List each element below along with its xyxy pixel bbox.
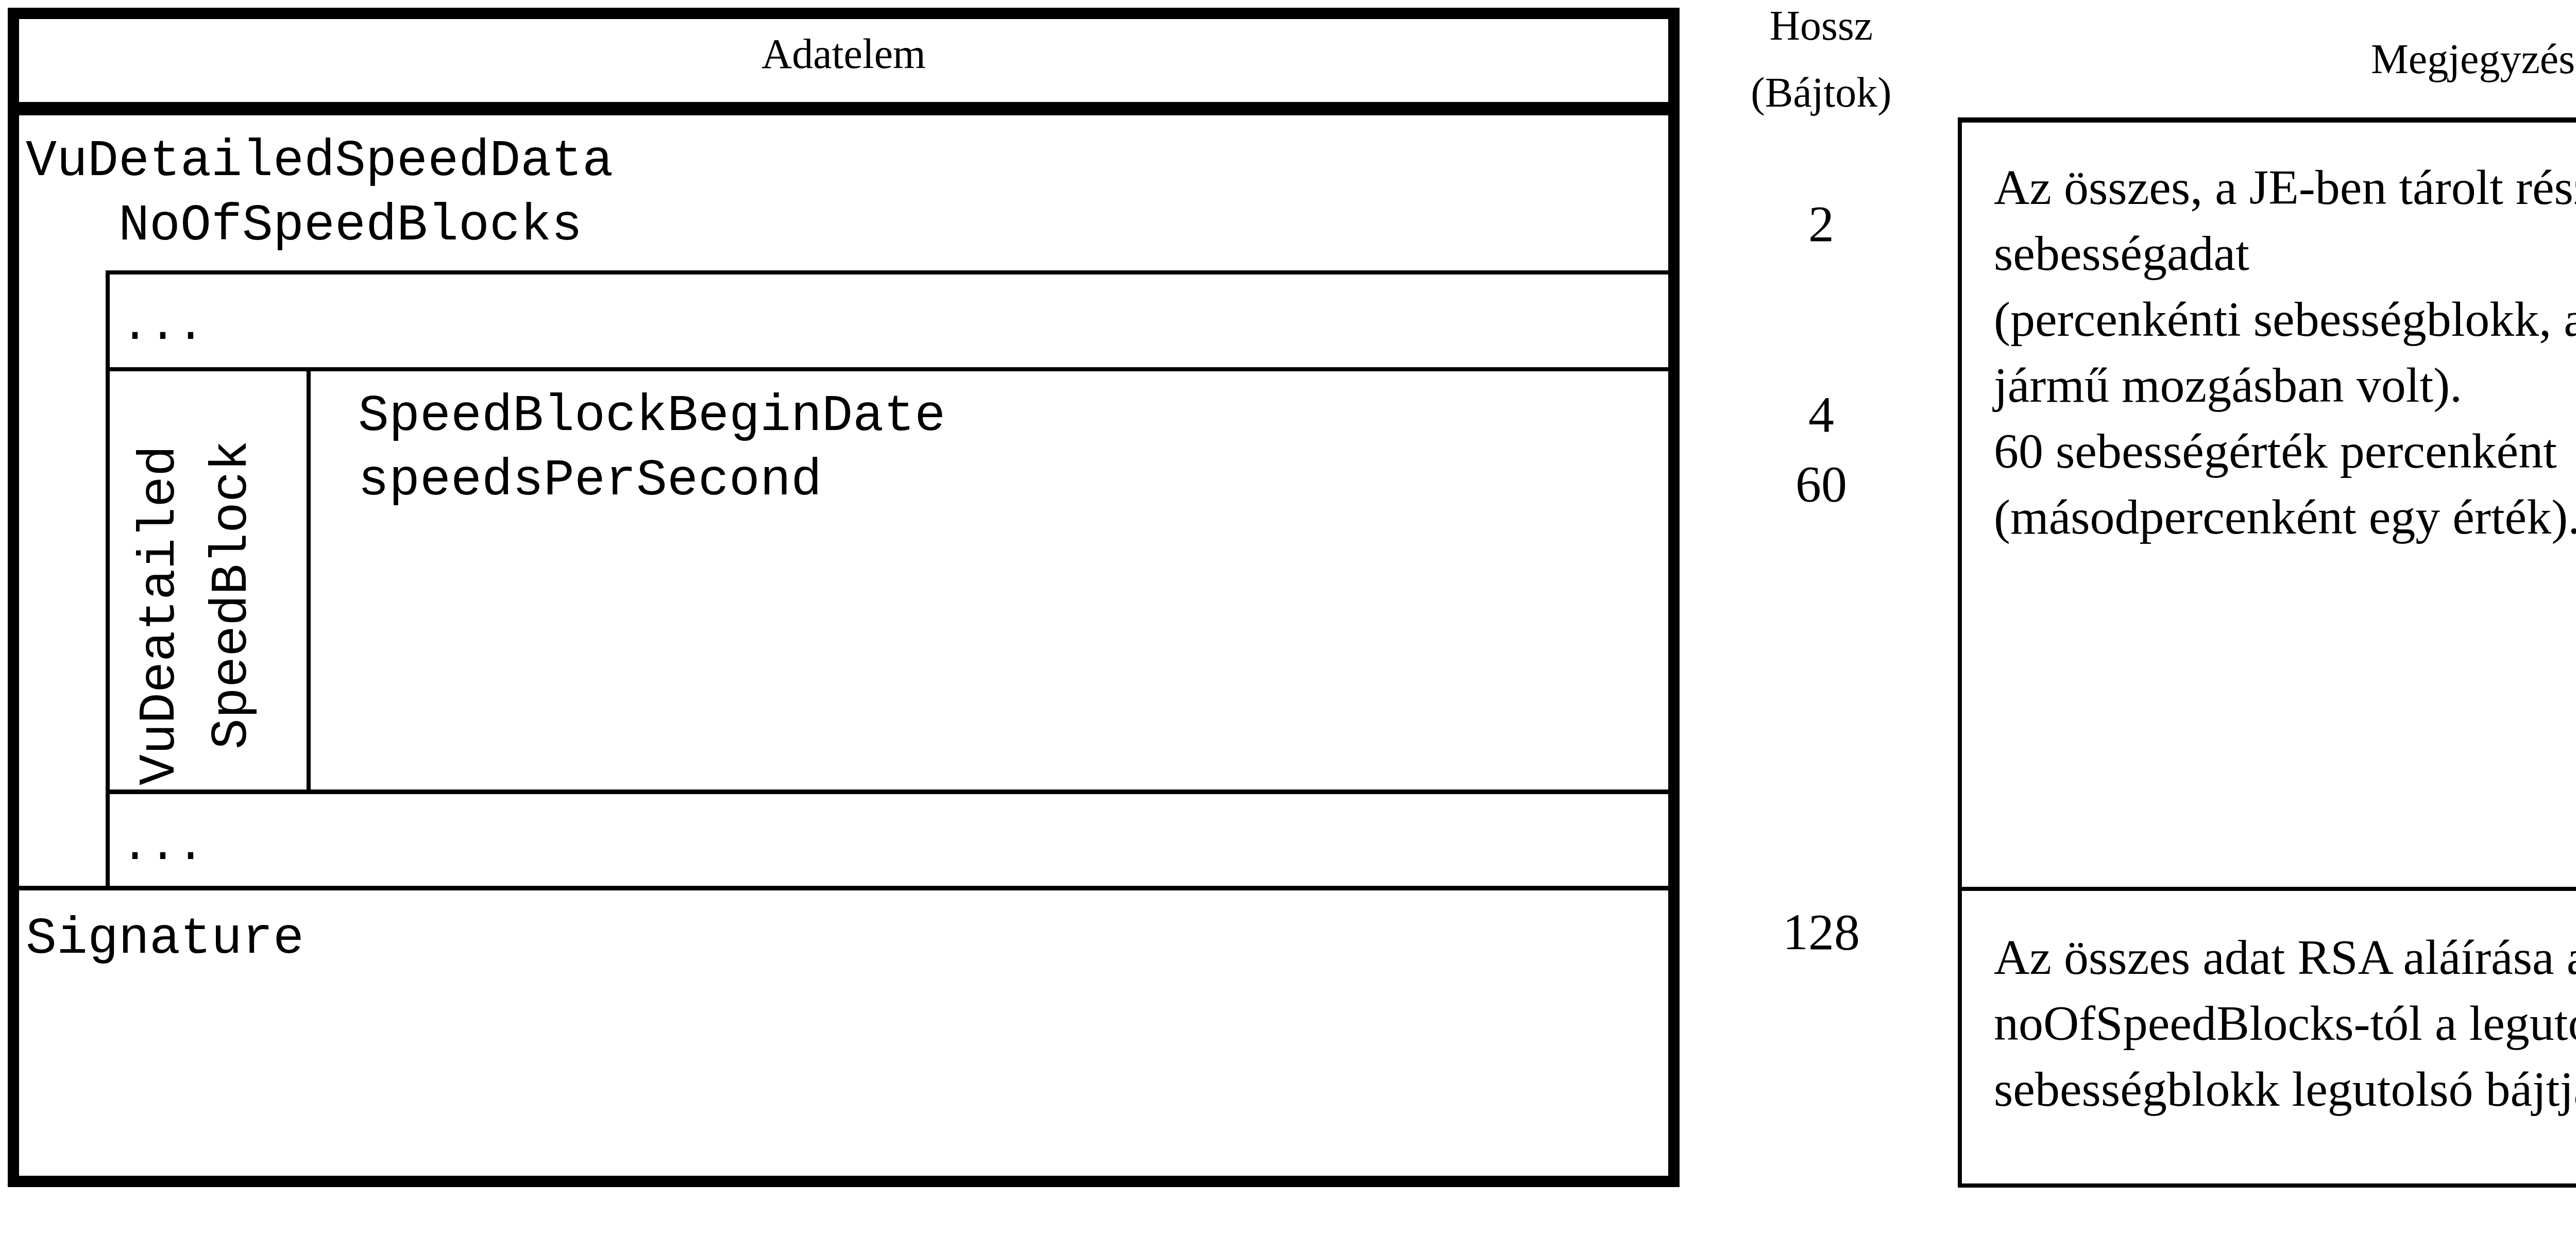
header-data-element: Adatelem [19,31,1668,77]
element-speeds-per-second: speedsPerSecond [358,456,822,507]
element-no-of-speed-blocks: NoOfSpeedBlocks [118,201,582,252]
remark-separator [1958,887,2576,891]
element-vu-detailed-speed-data: VuDetailedSpeedData [26,136,613,188]
header-separator [8,102,1680,115]
border-right [1668,8,1680,1187]
border-top [8,8,1680,19]
block-label-line2: SpeedBlock [207,440,259,749]
border-left [8,8,19,1187]
block-label-divider [307,367,311,792]
length-speeds-per-second: 60 [1718,458,1924,510]
border-bottom [8,1176,1680,1187]
remark-border-left [1958,117,1962,1188]
block-label-line1: VuDeatailed [135,445,187,785]
ellipsis-top: ... [121,304,205,350]
header-length-line2: (Bájtok) [1718,70,1924,116]
remark-speed-data: Az összes, a JE-ben tárolt részletes seb… [1994,154,2576,550]
remark-border-bottom [1958,1183,2576,1188]
remark-signature: Az összes adat RSA aláírása a noOfSpeedB… [1994,924,2576,1122]
ellipsis-bottom: ... [121,824,205,870]
length-speed-block-begin-date: 4 [1718,389,1924,440]
remark-border-top [1958,117,2576,123]
signature-separator [8,886,1680,890]
header-remark: Megjegyzés [1958,36,2576,82]
header-length-line1: Hossz [1718,3,1924,49]
block-bottom-line [106,789,1672,794]
inner-left-line [106,270,110,888]
inner-top-line [106,270,1672,274]
element-speed-block-begin-date: SpeedBlockBeginDate [358,391,945,443]
length-no-of-speed-blocks: 2 [1718,198,1924,250]
length-signature: 128 [1718,906,1924,958]
block-top-line [106,367,1672,371]
element-signature: Signature [26,914,304,966]
